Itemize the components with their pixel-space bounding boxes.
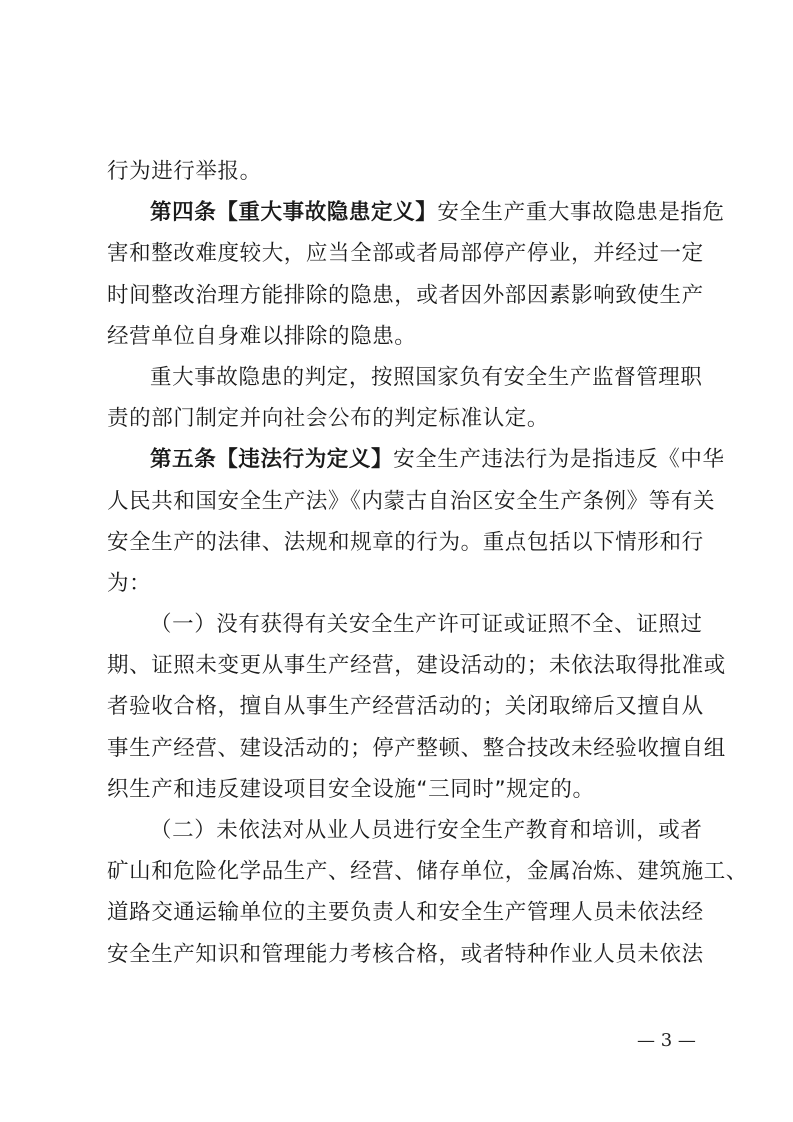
- line-text: 害和整改难度较大，应当全部或者局部停产停业，并经过一定: [107, 241, 704, 266]
- line-text: 安全生产重大事故隐患是指危: [437, 200, 724, 225]
- page-number: — 3 —: [637, 1030, 696, 1051]
- article-title: 第四条【重大事故隐患定义】: [150, 200, 437, 225]
- line-text: 行为进行举报。: [107, 159, 262, 184]
- line-text: 经营单位自身难以排除的隐患。: [107, 324, 416, 349]
- line-text: 事生产经营、建设活动的；停产整顿、整合技改未经验收擅自组: [107, 736, 726, 761]
- text-line: 安全生产知识和管理能力考核合格，或者特种作业人员未依法: [107, 939, 695, 980]
- article-title: 第五条【违法行为定义】: [150, 447, 393, 472]
- text-line: 织生产和违反建设项目安全设施“三同时”规定的。: [107, 774, 695, 815]
- text-line: 道路交通运输单位的主要负责人和安全生产管理人员未依法经: [107, 897, 695, 938]
- line-text: 安全生产的法律、法规和规章的行为。重点包括以下情形和行: [107, 530, 704, 555]
- text-line: 人民共和国安全生产法》《内蒙古自治区安全生产条例》等有关: [107, 486, 695, 527]
- text-line: 重大事故隐患的判定，按照国家负有安全生产监督管理职: [107, 362, 695, 403]
- text-line: 者验收合格，擅自从事生产经营活动的；关闭取缔后又擅自从: [107, 691, 695, 732]
- text-line: 为：: [107, 568, 695, 609]
- line-text: （一）没有获得有关安全生产许可证或证照不全、证照过: [150, 612, 703, 637]
- text-line: 事生产经营、建设活动的；停产整顿、整合技改未经验收擅自组: [107, 733, 695, 774]
- text-line: 时间整改治理方能排除的隐患，或者因外部因素影响致使生产: [107, 280, 695, 321]
- line-text: 安全生产违法行为是指违反《中华: [393, 447, 725, 472]
- text-line: 行为进行举报。: [107, 156, 695, 197]
- clause-1-line: （一）没有获得有关安全生产许可证或证照不全、证照过: [107, 609, 695, 650]
- line-text: 责的部门制定并向社会公布的判定标准认定。: [107, 406, 549, 431]
- text-line: 矿山和危险化学品生产、经营、储存单位，金属冶炼、建筑施工、: [107, 856, 695, 897]
- line-text: 安全生产知识和管理能力考核合格，或者特种作业人员未依法: [107, 942, 704, 967]
- text-line: 害和整改难度较大，应当全部或者局部停产停业，并经过一定: [107, 238, 695, 279]
- document-body: 行为进行举报。 第四条【重大事故隐患定义】安全生产重大事故隐患是指危 害和整改难…: [107, 156, 695, 980]
- line-text: 期、证照未变更从事生产经营，建设活动的；未依法取得批准或: [107, 653, 726, 678]
- text-line: 期、证照未变更从事生产经营，建设活动的；未依法取得批准或: [107, 650, 695, 691]
- line-text: 织生产和违反建设项目安全设施“三同时”规定的。: [107, 777, 595, 802]
- article-5-heading-line: 第五条【违法行为定义】安全生产违法行为是指违反《中华: [107, 444, 695, 485]
- line-text: 为：: [107, 571, 151, 596]
- clause-2-line: （二）未依法对从业人员进行安全生产教育和培训，或者: [107, 815, 695, 856]
- line-text: 矿山和危险化学品生产、经营、储存单位，金属冶炼、建筑施工、: [107, 859, 748, 884]
- text-line: 经营单位自身难以排除的隐患。: [107, 321, 695, 362]
- text-line: 责的部门制定并向社会公布的判定标准认定。: [107, 403, 695, 444]
- line-text: 人民共和国安全生产法》《内蒙古自治区安全生产条例》等有关: [107, 489, 715, 514]
- article-4-heading-line: 第四条【重大事故隐患定义】安全生产重大事故隐患是指危: [107, 197, 695, 238]
- line-text: 道路交通运输单位的主要负责人和安全生产管理人员未依法经: [107, 900, 704, 925]
- line-text: 时间整改治理方能排除的隐患，或者因外部因素影响致使生产: [107, 283, 704, 308]
- line-text: 者验收合格，擅自从事生产经营活动的；关闭取缔后又擅自从: [107, 694, 704, 719]
- text-line: 安全生产的法律、法规和规章的行为。重点包括以下情形和行: [107, 527, 695, 568]
- line-text: （二）未依法对从业人员进行安全生产教育和培训，或者: [150, 818, 703, 843]
- line-text: 重大事故隐患的判定，按照国家负有安全生产监督管理职: [150, 365, 703, 390]
